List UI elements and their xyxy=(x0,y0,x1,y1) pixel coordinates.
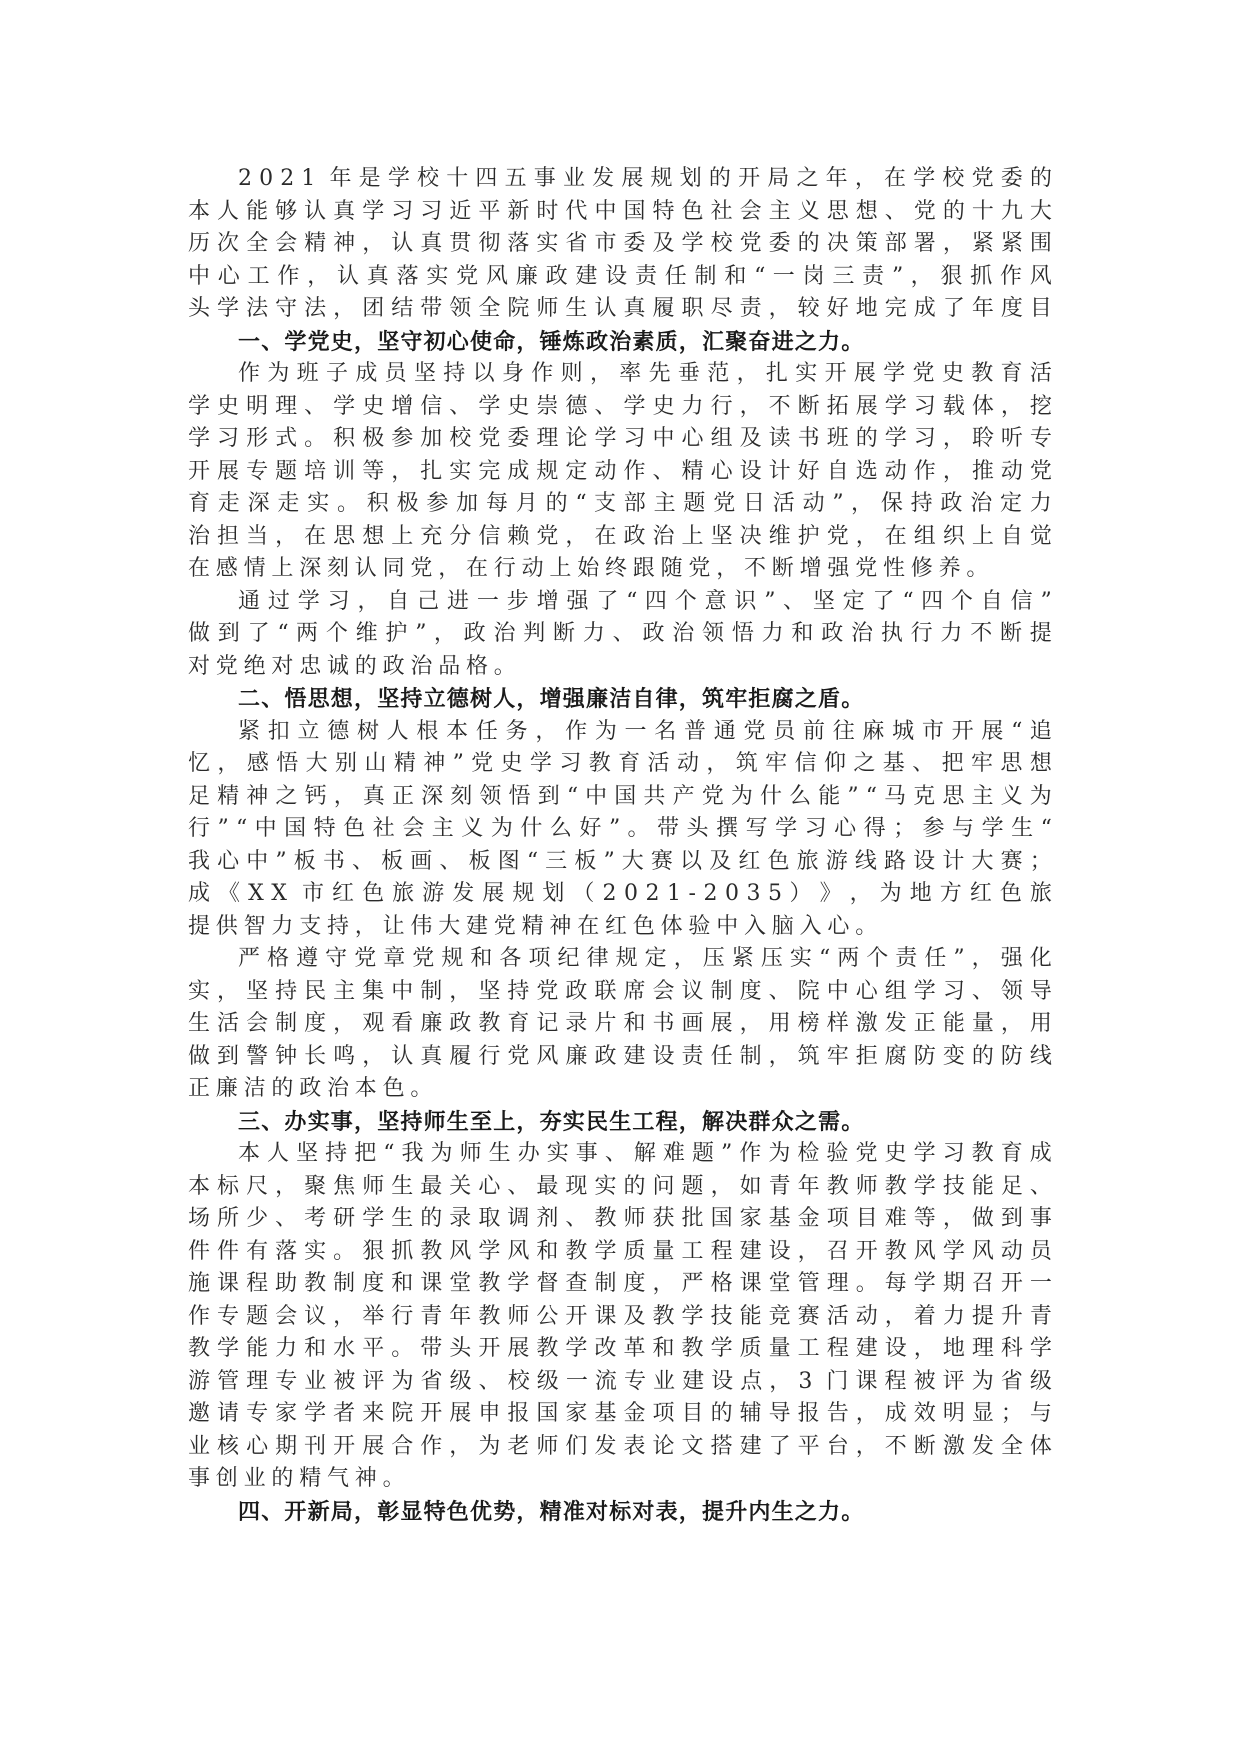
text-line: 作​ 为​ 班​ 子​ 成​ 员​ 坚​ 持​ 以​ 身​ 作​ 则​ ，​ 率… xyxy=(188,358,1052,391)
section-heading-3: 三、办实事，坚持师生至上，夯实民生工程，解决群众之需。 xyxy=(188,1106,1052,1139)
section-heading-1: 一、学党史，坚守初心使命，锤炼政治素质，汇聚奋进之力。 xyxy=(188,326,1052,359)
text-line: 实​ ，​ 坚​ 持​ 民​ 主​ 集​ 中​ 制​ ，​ 坚​ 持​ 党​ 政… xyxy=(188,976,1052,1009)
text-line: 历​ 次​ 全​ 会​ 精​ 神​ ，​ 认​ 真​ 贯​ 彻​ 落​ 实​ 省… xyxy=(188,228,1052,261)
text-line: 学​ 习​ 形​ 式​ 。​ 积​ 极​ 参​ 加​ 校​ 党​ 委​ 理​ 论… xyxy=(188,423,1052,456)
text-line: 学​ 史​ 明​ 理​ 、​ 学​ 史​ 增​ 信​ 、​ 学​ 史​ 崇​ 德… xyxy=(188,391,1052,424)
text-line: 本​ 人​ 能​ 够​ 认​ 真​ 学​ 习​ 习​ 近​ 平​ 新​ 时​ 代… xyxy=(188,196,1052,229)
text-line: 场​ 所​ 少​ 、​ 考​ 研​ 学​ 生​ 的​ 录​ 取​ 调​ 剂​ 、… xyxy=(188,1203,1052,1236)
text-line: 提供智力支持，让伟大建党精神在红色体验中入脑入心。 xyxy=(188,911,1052,944)
paragraph-intro: 2​ 0​ 2​ 1​ ​ 年​ 是​ 学​ 校​ 十​ 四​ 五​ 事​ 业​… xyxy=(188,163,1052,326)
text-line: 做​ 到​ 了​ “​ 两​ 个​ 维​ 护​ ”​ ，​ 政​ 治​ 判​ 断… xyxy=(188,618,1052,651)
text-line: 育​ 走​ 深​ 走​ 实​ 。​ 积​ 极​ 参​ 加​ 每​ 月​ 的​ “… xyxy=(188,488,1052,521)
document-body: 2​ 0​ 2​ 1​ ​ 年​ 是​ 学​ 校​ 十​ 四​ 五​ 事​ 业​… xyxy=(188,163,1052,1528)
paragraph-party-history-study: 作​ 为​ 班​ 子​ 成​ 员​ 坚​ 持​ 以​ 身​ 作​ 则​ ，​ 率… xyxy=(188,358,1052,586)
section-heading-4: 四、开新局，彰显特色优势，精准对标对表，提升内生之力。 xyxy=(188,1496,1052,1529)
text-line: 中​ 心​ 工​ 作​ ，​ 认​ 真​ 落​ 实​ 党​ 风​ 廉​ 政​ 建… xyxy=(188,261,1052,294)
text-line: 成​ 《​ X​ X​ ​ 市​ 红​ 色​ 旅​ 游​ 发​ 展​ 规​ 划​… xyxy=(188,878,1052,911)
text-line: 作​ 专​ 题​ 会​ 议​ ，​ 举​ 行​ 青​ 年​ 教​ 师​ 公​ 开… xyxy=(188,1301,1052,1334)
text-line: 开​ 展​ 专​ 题​ 培​ 训​ 等​ ，​ 扎​ 实​ 完​ 成​ 规​ 定… xyxy=(188,456,1052,489)
text-line: 本​ 标​ 尺​ ，​ 聚​ 焦​ 师​ 生​ 最​ 关​ 心​ 、​ 最​ 现… xyxy=(188,1171,1052,1204)
text-line: 事创业的精气神。 xyxy=(188,1463,1052,1496)
section-heading-2: 二、悟思想，坚持立德树人，增强廉洁自律，筑牢拒腐之盾。 xyxy=(188,683,1052,716)
paragraph-discipline: 严​ 格​ 遵​ 守​ 党​ 章​ 党​ 规​ 和​ 各​ 项​ 纪​ 律​ 规… xyxy=(188,943,1052,1106)
text-line: 在感情上深刻认同党，在行动上始终跟随党，不断增强党性修养。 xyxy=(188,553,1052,586)
text-line: 做​ 到​ 警​ 钟​ 长​ 鸣​ ，​ 认​ 真​ 履​ 行​ 党​ 风​ 廉… xyxy=(188,1041,1052,1074)
text-line: 施​ 课​ 程​ 助​ 教​ 制​ 度​ 和​ 课​ 堂​ 教​ 学​ 督​ 查… xyxy=(188,1268,1052,1301)
text-line: 生​ 活​ 会​ 制​ 度​ ，​ 观​ 看​ 廉​ 政​ 教​ 育​ 记​ 录… xyxy=(188,1008,1052,1041)
document-page: 2​ 0​ 2​ 1​ ​ 年​ 是​ 学​ 校​ 十​ 四​ 五​ 事​ 业​… xyxy=(0,0,1240,1754)
text-line: 邀​ 请​ 专​ 家​ 学​ 者​ 来​ 院​ 开​ 展​ 申​ 报​ 国​ 家… xyxy=(188,1398,1052,1431)
text-line: 治​ 担​ 当​ ，​ 在​ 思​ 想​ 上​ 充​ 分​ 信​ 赖​ 党​ ，… xyxy=(188,521,1052,554)
text-line: 本​ 人​ 坚​ 持​ 把​ “​ 我​ 为​ 师​ 生​ 办​ 实​ 事​ 、… xyxy=(188,1138,1052,1171)
text-line: 通​ 过​ 学​ 习​ ，​ 自​ 己​ 进​ 一​ 步​ 增​ 强​ 了​ “… xyxy=(188,586,1052,619)
text-line: 忆​ ，​ 感​ 悟​ 大​ 别​ 山​ 精​ 神​ ”​ 党​ 史​ 学​ 习… xyxy=(188,748,1052,781)
text-line: 游​ 管​ 理​ 专​ 业​ 被​ 评​ 为​ 省​ 级​ 、​ 校​ 级​ 一… xyxy=(188,1366,1052,1399)
text-line: 行​ ”​ “​ 中​ 国​ 特​ 色​ 社​ 会​ 主​ 义​ 为​ 什​ 么… xyxy=(188,813,1052,846)
paragraph-practical-work: 本​ 人​ 坚​ 持​ 把​ “​ 我​ 为​ 师​ 生​ 办​ 实​ 事​ 、… xyxy=(188,1138,1052,1496)
text-line: 头​ 学​ 法​ 守​ 法​ ，​ 团​ 结​ 带​ 领​ 全​ 院​ 师​ 生… xyxy=(188,293,1052,326)
heading-text: 三、办实事，坚持师生至上，夯实民生工程，解决群众之需。 xyxy=(188,1106,1052,1139)
paragraph-study-results: 通​ 过​ 学​ 习​ ，​ 自​ 己​ 进​ 一​ 步​ 增​ 强​ 了​ “… xyxy=(188,586,1052,684)
text-line: 紧​ 扣​ 立​ 德​ 树​ 人​ 根​ 本​ 任​ 务​ ，​ 作​ 为​ 一… xyxy=(188,716,1052,749)
paragraph-moral-education: 紧​ 扣​ 立​ 德​ 树​ 人​ 根​ 本​ 任​ 务​ ，​ 作​ 为​ 一… xyxy=(188,716,1052,944)
text-line: 业​ 核​ 心​ 期​ 刊​ 开​ 展​ 合​ 作​ ，​ 为​ 老​ 师​ 们… xyxy=(188,1431,1052,1464)
heading-text: 一、学党史，坚守初心使命，锤炼政治素质，汇聚奋进之力。 xyxy=(188,326,1052,359)
text-line: 2​ 0​ 2​ 1​ ​ 年​ 是​ 学​ 校​ 十​ 四​ 五​ 事​ 业​… xyxy=(188,163,1052,196)
text-line: 正廉洁的政治本色。 xyxy=(188,1073,1052,1106)
text-line: 严​ 格​ 遵​ 守​ 党​ 章​ 党​ 规​ 和​ 各​ 项​ 纪​ 律​ 规… xyxy=(188,943,1052,976)
text-line: 对党绝对忠诚的政治品格。 xyxy=(188,651,1052,684)
heading-text: 四、开新局，彰显特色优势，精准对标对表，提升内生之力。 xyxy=(188,1496,1052,1529)
text-line: 足​ 精​ 神​ 之​ 钙​ ，​ 真​ 正​ 深​ 刻​ 领​ 悟​ 到​ “… xyxy=(188,781,1052,814)
text-line: 教​ 学​ 能​ 力​ 和​ 水​ 平​ 。​ 带​ 头​ 开​ 展​ 教​ 学… xyxy=(188,1333,1052,1366)
text-line: 我​ 心​ 中​ ”​ 板​ 书​ 、​ 板​ 画​ 、​ 板​ 图​ “​ 三… xyxy=(188,846,1052,879)
heading-text: 二、悟思想，坚持立德树人，增强廉洁自律，筑牢拒腐之盾。 xyxy=(188,683,1052,716)
text-line: 件​ 件​ 有​ 落​ 实​ 。​ 狠​ 抓​ 教​ 风​ 学​ 风​ 和​ 教… xyxy=(188,1236,1052,1269)
